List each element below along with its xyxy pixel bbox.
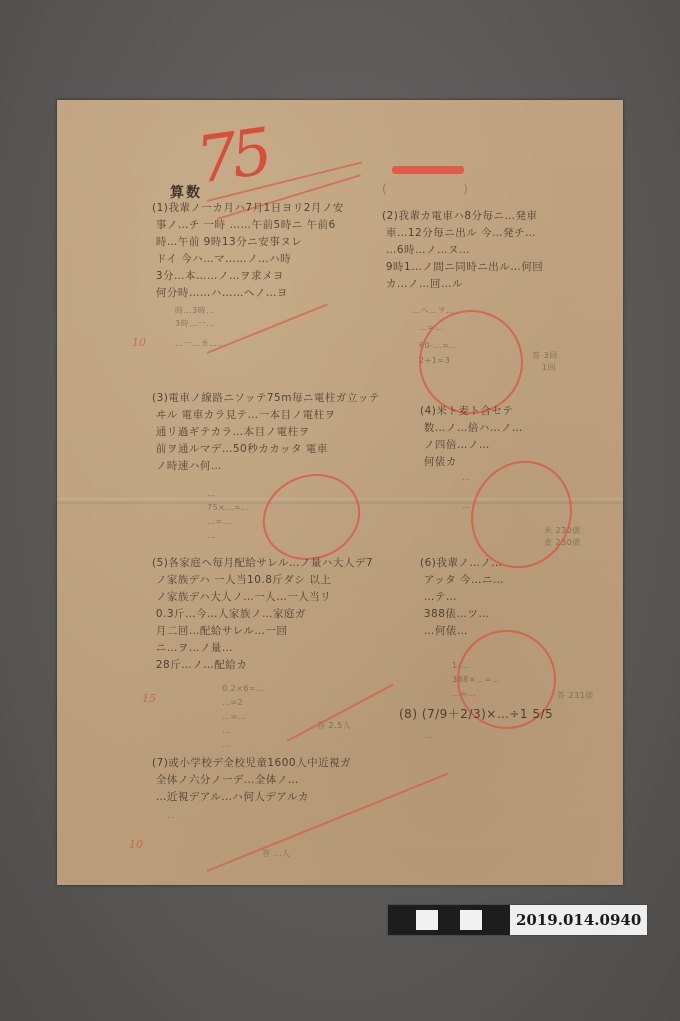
question-2: (2)我輩カ電車ハ8分毎ニ…発車 車…12分毎ニ出ル 今…発チ… …6時…ノ…ヌ… — [382, 208, 543, 293]
question-6: (6)我輩ノ…ノ… アッタ 今…ニ… …テ… 388俵…ツ… …何俵… — [420, 555, 504, 640]
q3-work-4: … — [207, 530, 216, 542]
q7-work-1: … — [167, 810, 176, 822]
margin-mark-q1: 10 — [132, 336, 146, 349]
q5-work-4: … — [222, 725, 231, 737]
q5-work-1: 0.2×6=… — [222, 683, 265, 695]
museum-label: 2019.014.0940 — [388, 905, 647, 935]
q5-work-5: … — [222, 739, 231, 751]
q6-answer: 答 231俵 — [557, 690, 594, 702]
question-7: (7)或小学校デ全校児童1600人中近視ガ 全体ノ六分ノ一デ…全体ノ… …近視デ… — [152, 755, 351, 806]
red-underline — [392, 166, 464, 174]
question-5: (5)各家庭ヘ毎月配給サレル…ノ量ハ大人デ7 ノ家族デハ 一人当10.8斤ダシ … — [152, 555, 373, 674]
question-3: (3)電車ノ線路ニソッテ75m毎ニ電柱ガ立ッテ ヰル 電車カラ見テ…一本目ノ電柱… — [152, 390, 380, 475]
q3-work-1: … — [207, 488, 216, 500]
q7-answer: 答 …人 — [262, 848, 291, 860]
red-strike — [207, 303, 328, 354]
q3-work-3: …=… — [207, 516, 231, 528]
question-4: (4)米ト麦ト合セテ 数…ノ…倍ハ…ノ… ノ四倍…ノ… 何俵カ — [420, 403, 523, 471]
q8-work: … — [425, 730, 434, 742]
q5-work-2: …=2 — [222, 697, 243, 709]
margin-mark-q7: 10 — [129, 838, 143, 851]
q1-work-2: 3時…一… — [175, 318, 215, 330]
accession-number: 2019.014.0940 — [510, 905, 647, 935]
q4-work-3: … — [462, 500, 471, 512]
q2-answer: 答 3回 — [532, 350, 558, 362]
subject-title: 算数 — [170, 182, 202, 202]
color-calibration-bar — [388, 905, 510, 935]
question-8: (8) (7/9＋2/3)×…÷1 5/5 — [399, 706, 553, 723]
q1-work-1: 時…3時… — [175, 305, 215, 317]
q3-work-2: 75×…=… — [207, 502, 250, 514]
red-strike — [287, 684, 394, 742]
name-field: ( ) — [382, 180, 471, 197]
q2-answer-2: 1回 — [542, 362, 556, 374]
margin-mark-q5: 15 — [142, 692, 156, 705]
exam-paper: 75 算数 ( ) (1)我輩ノ一カ月ハ7月1日ヨリ2月ノ安 事ノ…チ 一時 …… — [57, 100, 623, 885]
q5-work-3: …=… — [222, 711, 246, 723]
question-1: (1)我輩ノ一カ月ハ7月1日ヨリ2月ノ安 事ノ…チ 一時 ……午前5時ニ 午前6… — [152, 200, 344, 302]
q4-work-1: … — [462, 472, 471, 484]
